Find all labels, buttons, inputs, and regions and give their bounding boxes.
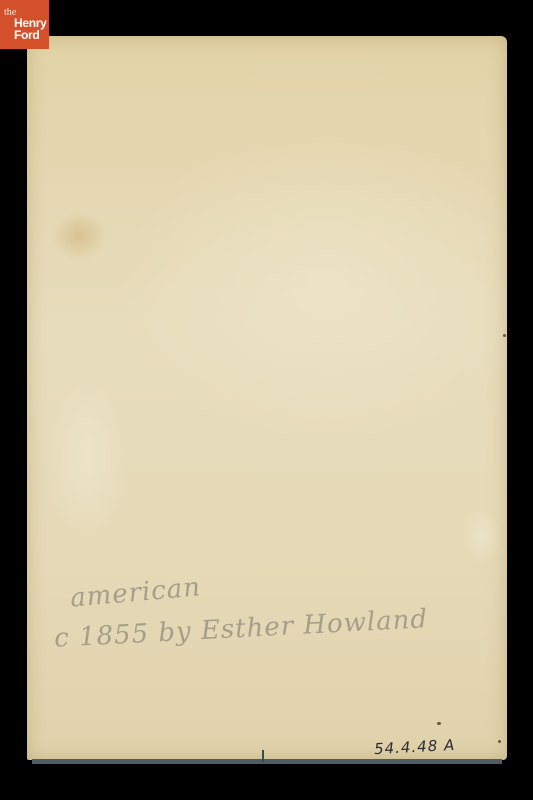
paper-speck [503, 334, 506, 337]
paper-speck [498, 740, 501, 743]
the-henry-ford-logo: the Henry Ford [0, 0, 49, 49]
paper-bottom-edge [32, 759, 502, 764]
paper-tear-mark [262, 750, 264, 762]
paper-speck [437, 722, 441, 725]
logo-ford: Ford [4, 29, 49, 41]
